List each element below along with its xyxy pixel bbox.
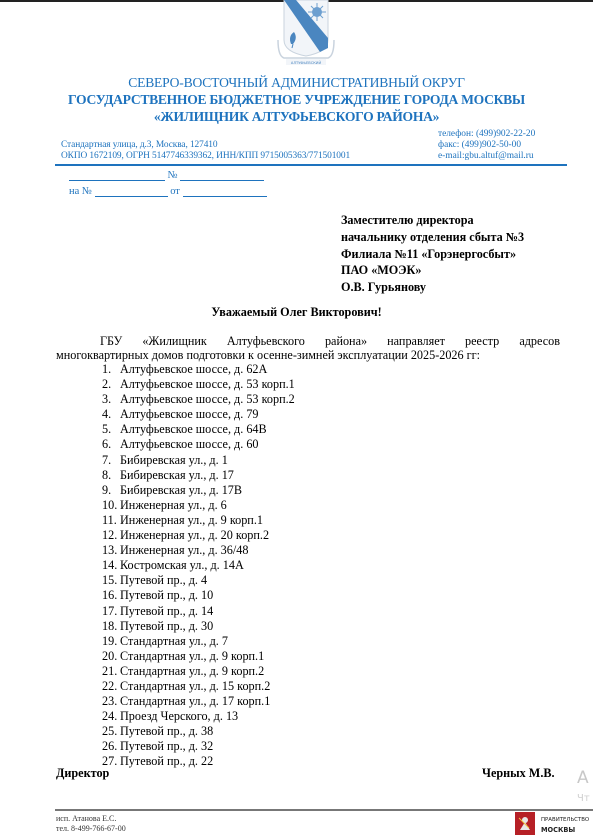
list-number: 8. <box>102 468 120 483</box>
address-list-item: 11.Инженерная ул., д. 9 корп.1 <box>102 513 295 528</box>
number-label: № <box>168 170 178 181</box>
address-text: Инженерная ул., д. 36/48 <box>120 543 248 557</box>
address-line: Стандартная улица, д.3, Москва, 127410 <box>61 140 350 151</box>
addressee-line: Заместителю директора <box>341 212 524 229</box>
address-list-item: 18.Путевой пр., д. 30 <box>102 619 295 634</box>
organization-contacts: телефон: (499)902-22-20 факс: (499)902-5… <box>438 129 535 162</box>
moscow-government-label: ПРАВИТЕЛЬСТВО МОСКВЫ <box>541 815 589 835</box>
list-number: 17. <box>102 604 120 619</box>
institution-title: ГОСУДАРСТВЕННОЕ БЮДЖЕТНОЕ УЧРЕЖДЕНИЕ ГОР… <box>0 92 593 108</box>
list-number: 7. <box>102 453 120 468</box>
list-number: 2. <box>102 377 120 392</box>
organization-address: Стандартная улица, д.3, Москва, 127410 О… <box>61 140 350 162</box>
address-list-item: 24.Проезд Черского, д. 13 <box>102 709 295 724</box>
list-number: 1. <box>102 362 120 377</box>
executor-name: исп. Атанова Е.С. <box>56 814 126 824</box>
address-text: Бибиревская ул., д. 17 <box>120 468 234 482</box>
signatory-name: Черных М.В. <box>482 766 555 781</box>
address-list-item: 15.Путевой пр., д. 4 <box>102 573 295 588</box>
number-blank <box>180 169 264 181</box>
list-number: 15. <box>102 573 120 588</box>
body-paragraph-line2: многоквартирных домов подготовки к осенн… <box>56 348 480 363</box>
list-number: 11. <box>102 513 120 528</box>
address-text: Инженерная ул., д. 9 корп.1 <box>120 513 263 527</box>
fax: факс: (499)902-50-00 <box>438 140 535 151</box>
executor-phone: тел. 8-499-766-67-00 <box>56 824 126 834</box>
list-number: 3. <box>102 392 120 407</box>
address-text: Костромская ул., д. 14А <box>120 558 244 572</box>
address-list-item: 6.Алтуфьевское шоссе, д. 60 <box>102 437 295 452</box>
address-text: Инженерная ул., д. 6 <box>120 498 227 512</box>
list-number: 12. <box>102 528 120 543</box>
list-number: 25. <box>102 724 120 739</box>
address-list-item: 19.Стандартная ул., д. 7 <box>102 634 295 649</box>
salutation: Уважаемый Олег Викторович! <box>0 305 593 320</box>
addressee-line: начальнику отделения сбыта №3 <box>341 229 524 246</box>
body-paragraph-line1: ГБУ «Жилищник Алтуфьевского района» напр… <box>56 334 560 349</box>
addressee-block: Заместителю директора начальнику отделен… <box>341 212 524 296</box>
from-label: от <box>170 186 180 197</box>
reference-label: на № <box>69 186 92 197</box>
gov-line2: МОСКВЫ <box>541 825 589 835</box>
address-text: Стандартная ул., д. 17 корп.1 <box>120 694 270 708</box>
addressee-line: ПАО «МОЭК» <box>341 262 524 279</box>
address-list-item: 4.Алтуфьевское шоссе, д. 79 <box>102 407 295 422</box>
address-text: Алтуфьевское шоссе, д. 62А <box>120 362 267 376</box>
address-text: Алтуфьевское шоссе, д. 53 корп.2 <box>120 392 295 406</box>
address-text: Стандартная ул., д. 9 корп.2 <box>120 664 264 678</box>
address-text: Алтуфьевское шоссе, д. 53 корп.1 <box>120 377 295 391</box>
addressee-line: Филиала №11 «Горэнергосбыт» <box>341 246 524 263</box>
list-number: 22. <box>102 679 120 694</box>
address-text: Алтуфьевское шоссе, д. 60 <box>120 437 259 451</box>
address-list-item: 10.Инженерная ул., д. 6 <box>102 498 295 513</box>
address-text: Стандартная ул., д. 7 <box>120 634 228 648</box>
phone: телефон: (499)902-22-20 <box>438 129 535 140</box>
address-text: Путевой пр., д. 22 <box>120 754 213 768</box>
addressee-line: О.В. Гурьянову <box>341 279 524 296</box>
list-number: 14. <box>102 558 120 573</box>
address-list-item: 16.Путевой пр., д. 10 <box>102 588 295 603</box>
address-text: Путевой пр., д. 38 <box>120 724 213 738</box>
executor-info: исп. Атанова Е.С. тел. 8-499-766-67-00 <box>56 814 126 834</box>
address-list-item: 23.Стандартная ул., д. 17 корп.1 <box>102 694 295 709</box>
address-list-item: 14.Костромская ул., д. 14А <box>102 558 295 573</box>
address-text: Алтуфьевское шоссе, д. 64В <box>120 422 267 436</box>
list-number: 6. <box>102 437 120 452</box>
address-list-item: 20.Стандартная ул., д. 9 корп.1 <box>102 649 295 664</box>
address-list-item: 9.Бибиревская ул., д. 17В <box>102 483 295 498</box>
list-number: 18. <box>102 619 120 634</box>
address-list-item: 22.Стандартная ул., д. 15 корп.2 <box>102 679 295 694</box>
district-title: СЕВЕРО-ВОСТОЧНЫЙ АДМИНИСТРАТИВНЫЙ ОКРУГ <box>0 75 593 91</box>
footer-divider <box>55 809 593 811</box>
address-text: Проезд Черского, д. 13 <box>120 709 238 723</box>
address-text: Путевой пр., д. 32 <box>120 739 213 753</box>
address-text: Алтуфьевское шоссе, д. 79 <box>120 407 259 421</box>
reference-number-line: на № от <box>69 185 267 197</box>
address-list-item: 1.Алтуфьевское шоссе, д. 62А <box>102 362 295 377</box>
list-number: 24. <box>102 709 120 724</box>
list-number: 16. <box>102 588 120 603</box>
address-list-item: 2.Алтуфьевское шоссе, д. 53 корп.1 <box>102 377 295 392</box>
address-list-item: 8.Бибиревская ул., д. 17 <box>102 468 295 483</box>
address-list-item: 26.Путевой пр., д. 32 <box>102 739 295 754</box>
address-text: Инженерная ул., д. 20 корп.2 <box>120 528 269 542</box>
list-number: 4. <box>102 407 120 422</box>
address-text: Путевой пр., д. 4 <box>120 573 207 587</box>
svg-text:АЛТУФЬЕВСКИЙ: АЛТУФЬЕВСКИЙ <box>291 60 322 65</box>
address-text: Путевой пр., д. 14 <box>120 604 213 618</box>
date-blank <box>69 169 165 181</box>
list-number: 13. <box>102 543 120 558</box>
address-list-item: 25.Путевой пр., д. 38 <box>102 724 295 739</box>
list-number: 23. <box>102 694 120 709</box>
reference-blank <box>95 185 168 197</box>
address-list-item: 13.Инженерная ул., д. 36/48 <box>102 543 295 558</box>
organization-name: «ЖИЛИЩНИК АЛТУФЬЕВСКОГО РАЙОНА» <box>0 109 593 125</box>
list-number: 26. <box>102 739 120 754</box>
address-list-item: 3.Алтуфьевское шоссе, д. 53 корп.2 <box>102 392 295 407</box>
moscow-government-emblem-icon <box>515 812 535 835</box>
address-list-item: 21.Стандартная ул., д. 9 корп.2 <box>102 664 295 679</box>
signatory-title: Директор <box>56 766 109 781</box>
list-number: 10. <box>102 498 120 513</box>
address-text: Стандартная ул., д. 9 корп.1 <box>120 649 264 663</box>
address-list: 1.Алтуфьевское шоссе, д. 62А2.Алтуфьевск… <box>102 362 295 770</box>
address-list-item: 12.Инженерная ул., д. 20 корп.2 <box>102 528 295 543</box>
activation-watermark-title: А <box>577 768 589 788</box>
address-list-item: 17.Путевой пр., д. 14 <box>102 604 295 619</box>
from-blank <box>183 185 267 197</box>
list-number: 9. <box>102 483 120 498</box>
address-text: Стандартная ул., д. 15 корп.2 <box>120 679 270 693</box>
address-list-item: 7.Бибиревская ул., д. 1 <box>102 453 295 468</box>
list-number: 21. <box>102 664 120 679</box>
registration-number-line: № <box>69 169 264 181</box>
address-list-item: 27.Путевой пр., д. 22 <box>102 754 295 769</box>
list-number: 19. <box>102 634 120 649</box>
address-text: Путевой пр., д. 10 <box>120 588 213 602</box>
address-list-item: 5.Алтуфьевское шоссе, д. 64В <box>102 422 295 437</box>
codes-line: ОКПО 1672109, ОГРН 5147746339362, ИНН/КП… <box>61 151 350 162</box>
list-number: 5. <box>102 422 120 437</box>
address-text: Путевой пр., д. 30 <box>120 619 213 633</box>
address-text: Бибиревская ул., д. 17В <box>120 483 242 497</box>
gov-line1: ПРАВИТЕЛЬСТВО <box>541 815 589 825</box>
coat-of-arms-icon: АЛТУФЬЕВСКИЙ <box>276 0 336 68</box>
header-divider <box>55 164 567 166</box>
activation-watermark-text: Чт <box>577 793 590 804</box>
list-number: 20. <box>102 649 120 664</box>
address-text: Бибиревская ул., д. 1 <box>120 453 228 467</box>
email-link[interactable]: e-mail:gbu.altuf@mail.ru <box>438 151 535 162</box>
